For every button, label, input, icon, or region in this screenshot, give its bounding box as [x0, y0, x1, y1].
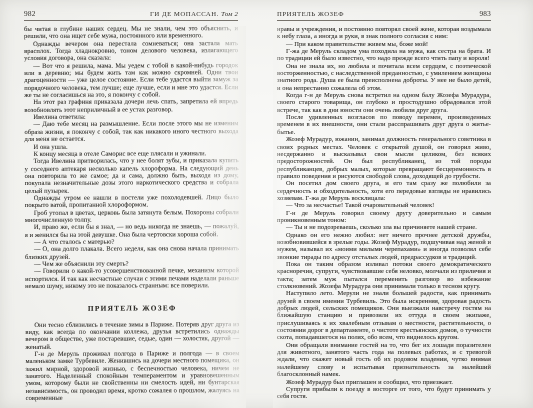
- book-spread: 982 ГИ ДЕ МОПАССАН. Том 2 бы читая в глу…: [0, 0, 533, 408]
- story-title: ПРИЯТЕЛЬ ЖОЗЕФ: [25, 304, 239, 312]
- running-title-volume: Том 2: [221, 11, 238, 18]
- paragraph: Она не знала их, но любила и почитала вс…: [277, 63, 491, 92]
- paragraph: Пока он таким образом изливал потоки сво…: [277, 261, 491, 290]
- paragraph: — Ты и не подозреваешь, сколько зла вы п…: [277, 224, 491, 231]
- paragraph: — Вот что я решила, мама. Мы уедем с тоб…: [24, 62, 238, 100]
- page-number-left: 982: [24, 9, 36, 18]
- paragraph: Они обращали внимание гостей на то, что …: [277, 342, 491, 379]
- paragraph: После удивленных возгласов по поводу пер…: [277, 114, 491, 136]
- paragraph: Однажды вечером она перестала сомневатьс…: [24, 40, 238, 63]
- page-number-right: 983: [479, 9, 491, 18]
- page-body-right: нравы и учреждения, и постоянно повторял…: [277, 26, 491, 401]
- paragraph: — О, она долго плакала. Всего неделя, ка…: [25, 245, 239, 261]
- paragraph: — Что за несчастье! Такой очаровательный…: [277, 202, 491, 209]
- paragraph: Г-жа де Меруль складом ума походила на м…: [277, 48, 491, 63]
- paragraph: Гроб утопал в цветах, церковь была затян…: [25, 209, 239, 225]
- paragraph: На этот раз графиня приказала дочери леч…: [24, 99, 238, 115]
- page-right: ПРИЯТЕЛЬ ЖОЗЕФ 983 нравы и учреждения, и…: [277, 0, 491, 408]
- paragraph: Они тесно сблизились в течение зимы в Па…: [25, 321, 239, 351]
- running-title-left: ГИ ДЕ МОПАССАН. Том 2: [150, 11, 238, 18]
- paragraph: Однажды утром ее нашли в постели уже пох…: [25, 194, 239, 210]
- paragraph: Супруги прибыли к поезду в восторге от т…: [277, 386, 491, 401]
- header-rule-right: [277, 20, 491, 21]
- paragraph: Когда г-н де Меруль снова встретил на од…: [277, 92, 491, 114]
- paragraph: Наступило лето. Мерули не знали большей …: [277, 290, 491, 341]
- paragraph: — Говорили о какой-то усовершенствованно…: [25, 267, 239, 290]
- paragraph: И, право же, если бы я знал, — но ведь н…: [25, 223, 239, 239]
- running-title-right: ПРИЯТЕЛЬ ЖОЗЕФ: [277, 11, 344, 18]
- paragraph: нравы и учреждения, и постоянно повторял…: [277, 26, 491, 41]
- header-rule-left: [24, 20, 238, 21]
- paragraph: Г-н де Меруль проживал полгода в Париже …: [25, 350, 239, 402]
- running-head-right: ПРИЯТЕЛЬ ЖОЗЕФ 983: [277, 0, 491, 18]
- running-title-author: ГИ ДЕ МОПАССАН.: [150, 11, 219, 18]
- running-head-left: 982 ГИ ДЕ МОПАССАН. Том 2: [24, 0, 238, 18]
- paragraph: Он посетил дом своего друга, и его там с…: [277, 180, 491, 202]
- paragraph: бы читая в глубине наших сердец. Мы не з…: [24, 25, 238, 41]
- paragraph: — При каком правительстве живем мы, боже…: [277, 41, 491, 48]
- paragraph: Однако он его нежно любил: нет ничего пр…: [277, 232, 491, 261]
- paragraph: — Даю тебе месяц на размышление. Если по…: [24, 121, 238, 144]
- page-left: 982 ГИ ДЕ МОПАССАН. Том 2 бы читая в глу…: [24, 0, 238, 408]
- paragraph: Г-н де Меруль говорил своему другу довер…: [277, 210, 491, 225]
- page-body-left: бы читая в глубине наших сердец. Мы не з…: [24, 25, 240, 402]
- paragraph: Жозеф Мурадур был приглашен и сообщил, ч…: [277, 379, 491, 386]
- paragraph: Тогда Ивелина притворилась, что у нее бо…: [25, 157, 239, 195]
- paragraph: Жозеф Мурадур, южанин, занимал должность…: [277, 136, 491, 180]
